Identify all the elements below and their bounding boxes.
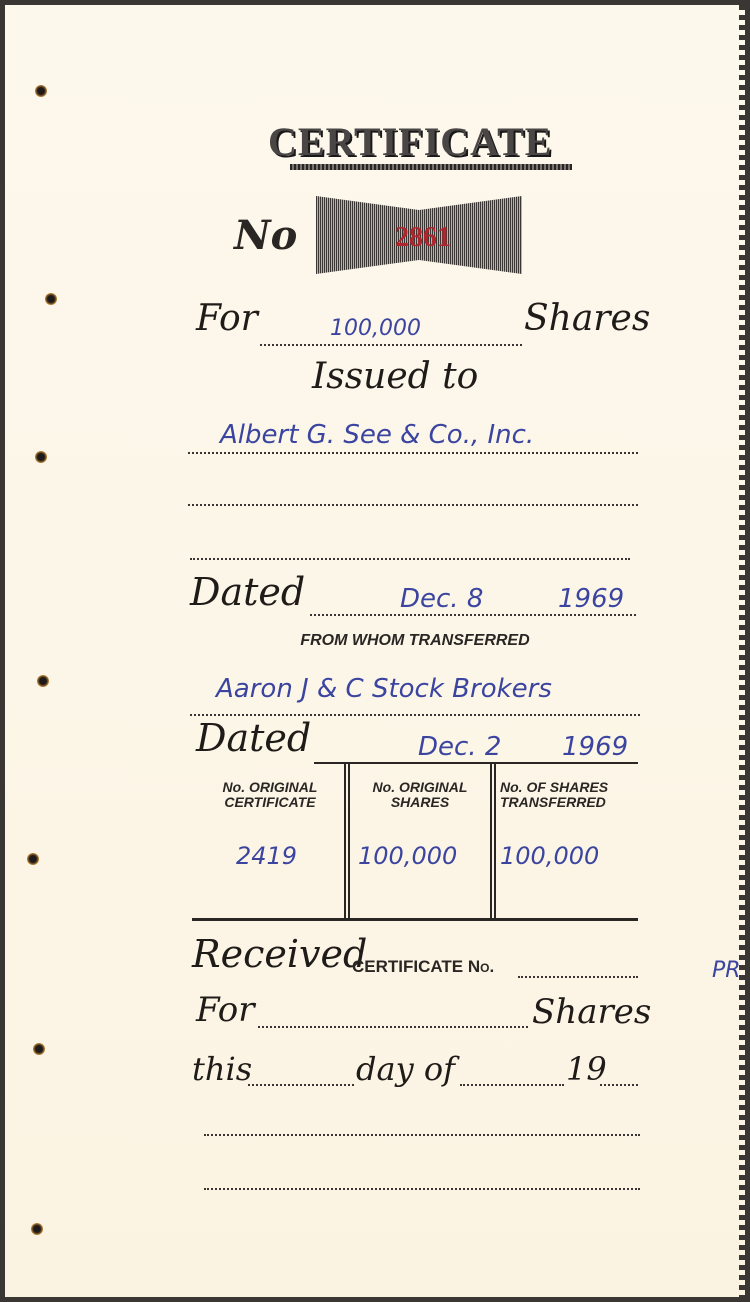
dated-label: Dated — [190, 570, 305, 614]
number-symbol: No — [234, 212, 297, 259]
dated-value: Dec. 8 — [400, 584, 483, 614]
dated-line — [310, 614, 636, 616]
month-line — [460, 1084, 564, 1086]
punch-hole — [45, 293, 57, 305]
table-bottom-line — [192, 918, 638, 921]
certificate-stub-page — [5, 5, 745, 1297]
shares-transferred-value: 100,000 — [500, 842, 599, 870]
certificate-heading: CERTIFICATE — [268, 118, 552, 165]
punch-hole — [35, 85, 47, 97]
heading-underline — [290, 164, 572, 170]
original-certificate-value: 2419 — [236, 842, 297, 870]
year-line — [600, 1084, 638, 1086]
issued-to-line-3 — [190, 558, 630, 560]
shares-label: Shares — [524, 298, 650, 339]
initials: PR — [712, 958, 741, 983]
punch-hole — [31, 1223, 43, 1235]
received-for-label: For — [196, 990, 254, 1030]
received-shares-label: Shares — [532, 992, 651, 1032]
day-of-label: day of — [356, 1050, 455, 1088]
transfer-dated-label: Dated — [196, 716, 311, 760]
certificate-no-label: CERTIFICATE No. — [352, 958, 494, 977]
punch-hole — [37, 675, 49, 687]
transfer-dated-year: 1969 — [562, 732, 628, 762]
for-label: For — [196, 298, 258, 339]
punch-hole — [33, 1043, 45, 1055]
this-label: this — [192, 1050, 252, 1088]
from-whom-value: Aaron J & C Stock Brokers — [216, 674, 552, 704]
punch-hole — [27, 853, 39, 865]
col-header-shares-transferred: No. OF SHARES TRANSFERRED — [494, 780, 640, 811]
issued-to-line-2 — [188, 504, 638, 506]
certificate-no-line — [518, 976, 638, 978]
received-label: Received — [192, 932, 367, 976]
this-day-line — [248, 1084, 354, 1086]
issued-to-value: Albert G. See & Co., Inc. — [220, 420, 534, 450]
transfer-dated-value: Dec. 2 — [418, 732, 501, 762]
received-shares-line — [258, 1026, 528, 1028]
certificate-number: 2861 — [368, 222, 478, 254]
signature-line-1 — [204, 1134, 640, 1136]
col-header-original-certificate: No. ORIGINAL CERTIFICATE — [200, 780, 340, 811]
from-whom-heading: FROM WHOM TRANSFERRED — [200, 632, 630, 650]
original-shares-value: 100,000 — [358, 842, 457, 870]
issued-to-label: Issued to — [312, 356, 478, 397]
punch-hole — [35, 451, 47, 463]
year-prefix: 19 — [566, 1050, 607, 1088]
shares-value: 100,000 — [330, 316, 421, 341]
col-header-original-shares: No. ORIGINAL SHARES — [350, 780, 490, 811]
signature-line-2 — [204, 1188, 640, 1190]
issued-to-line-1 — [188, 452, 638, 454]
transfer-dated-line — [314, 762, 638, 764]
shares-line — [260, 344, 522, 346]
dated-year: 1969 — [558, 584, 624, 614]
